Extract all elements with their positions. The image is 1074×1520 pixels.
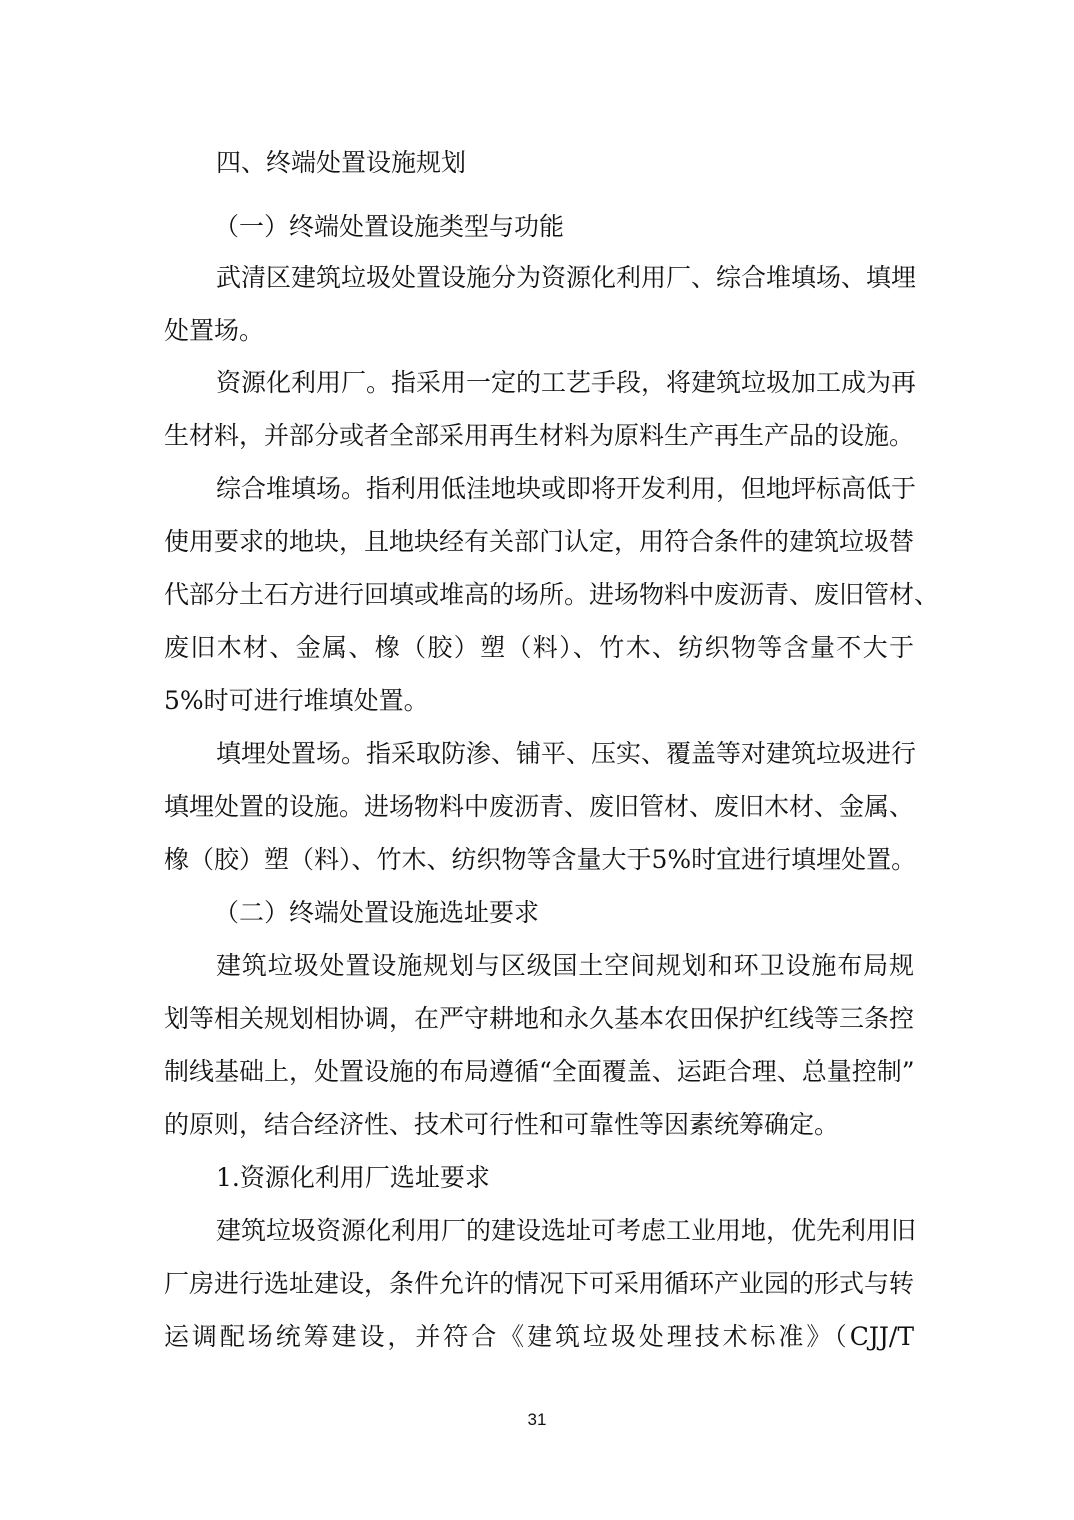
document-page: 四、终端处置设施规划（一）终端处置设施类型与功能武清区建筑垃圾处置设施分为资源化…	[0, 0, 1074, 1520]
paragraph-line: 5%时可进行堆填处置。	[164, 686, 914, 716]
paragraph-line: 厂房进行选址建设，条件允许的情况下可采用循环产业园的形式与转	[164, 1269, 914, 1299]
paragraph-line: 建筑垃圾资源化利用厂的建设选址可考虑工业用地，优先利用旧	[216, 1216, 914, 1246]
paragraph-line: 综合堆填场。指利用低洼地块或即将开发利用，但地坪标高低于	[216, 474, 914, 504]
paragraph-line: 处置场。	[164, 316, 914, 346]
paragraph-line: 资源化利用厂。指采用一定的工艺手段，将建筑垃圾加工成为再	[216, 368, 914, 398]
paragraph-line: 武清区建筑垃圾处置设施分为资源化利用厂、综合堆填场、填埋	[216, 263, 914, 293]
paragraph-line: 划等相关规划相协调，在严守耕地和永久基本农田保护红线等三条控	[164, 1004, 914, 1034]
paragraph-line: 填埋处置场。指采取防渗、铺平、压实、覆盖等对建筑垃圾进行	[216, 739, 914, 769]
section-heading: （一）终端处置设施类型与功能	[214, 212, 914, 242]
section-heading: （二）终端处置设施选址要求	[214, 898, 914, 928]
section-heading: 四、终端处置设施规划	[216, 148, 914, 178]
paragraph-line: 制线基础上，处置设施的布局遵循“全面覆盖、运距合理、总量控制”	[164, 1057, 914, 1087]
paragraph-line: 的原则，结合经济性、技术可行性和可靠性等因素统筹确定。	[164, 1110, 914, 1140]
section-heading: 1.资源化利用厂选址要求	[216, 1163, 914, 1193]
paragraph-line: 生材料，并部分或者全部采用再生材料为原料生产再生产品的设施。	[164, 421, 914, 451]
page-number: 31	[0, 1410, 1074, 1430]
paragraph-line: 运调配场统筹建设，并符合《建筑垃圾处理技术标准》（CJJ/T	[164, 1322, 914, 1352]
paragraph-line: 建筑垃圾处置设施规划与区级国土空间规划和环卫设施布局规	[216, 951, 914, 981]
paragraph-line: 废旧木材、金属、橡（胶）塑（料）、竹木、纺织物等含量不大于	[164, 633, 914, 663]
paragraph-line: 橡（胶）塑（料）、竹木、纺织物等含量大于5%时宜进行填埋处置。	[164, 845, 914, 875]
paragraph-line: 代部分土石方进行回填或堆高的场所。进场物料中废沥青、废旧管材、	[164, 580, 914, 610]
paragraph-line: 使用要求的地块，且地块经有关部门认定，用符合条件的建筑垃圾替	[164, 527, 914, 557]
paragraph-line: 填埋处置的设施。进场物料中废沥青、废旧管材、废旧木材、金属、	[164, 792, 914, 822]
